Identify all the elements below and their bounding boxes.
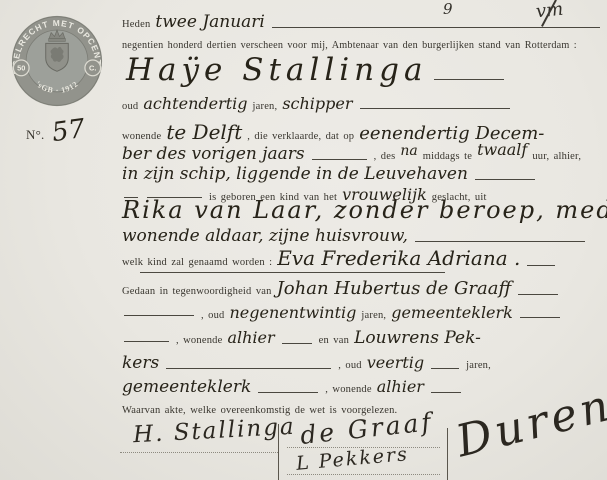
rule-fill [434,78,504,80]
act-line-mother: Rika van Laar, zonder beroep, mede [122,196,602,224]
act-line-age-occupation: oud achtendertig jaren, schipper [122,94,602,113]
label-uur-alhier: uur, alhier, [532,151,581,162]
section-divider-rule [140,272,445,273]
act-line-mother-continued: wonende aldaar, zijne huisvrouw, [122,226,602,246]
revenue-stamp: ZEGELRECHT MET OPCENTEN 'sGB · 1912 50 C… [8,12,106,115]
rule-fill [527,264,555,266]
entry-birth-date-continued: ber des vorigen jaars [122,144,305,164]
rule-fill [431,367,459,369]
act-line-witness1-details: , oud negenentwintig jaren, gemeentekler… [122,303,602,322]
label-year-registrar: negentien honderd dertien verscheen voor… [122,40,577,51]
rule-fill [166,367,331,369]
label-jaren3: jaren, [466,360,491,371]
label-child-name: welk kind zal genaamd worden : [122,257,272,268]
label-wonende: wonende [122,131,161,142]
label-en-van: en van [319,335,349,346]
rule-fill [520,316,560,318]
label-oud2: , oud [201,310,225,321]
act-line-year: negentien honderd dertien verscheen voor… [122,40,602,51]
entry-witness2-occupation: gemeenteklerk [122,377,251,397]
entry-witness1-occupation: gemeenteklerk [391,303,513,322]
birth-certificate-scan: ZEGELRECHT MET OPCENTEN 'sGB · 1912 50 C… [0,0,607,480]
rule-fill [415,240,585,242]
entry-witness1-age: negenentwintig [230,303,357,322]
entry-witness2-age: veertig [367,353,424,372]
signature-dotted-line [287,474,440,475]
entry-witness2-residence: alhier [377,377,424,396]
act-line-birth-place: in zijn schip, liggende in de Leuvehaven [122,164,602,184]
rule-fill [124,340,169,342]
act-number-value: 57 [51,114,88,148]
act-line-child-name: welk kind zal genaamd worden : Eva Frede… [122,246,602,270]
label-wonende3: , wonende [325,384,371,395]
rule-fill [124,314,194,316]
rule-fill [312,158,367,160]
entry-birth-hour: twaalf [477,140,527,159]
entry-witness2-name-continued: kers [122,353,159,373]
signature-declarant: H. Stallinga [132,414,296,448]
act-line-birth-time: ber des vorigen jaars , des na middags t… [122,144,602,164]
signature-column-divider [278,424,279,480]
entry-declarant-occupation: schipper [282,94,352,113]
entry-mother-residence: wonende aldaar, zijne huisvrouw, [122,226,408,246]
entry-mother-name: Rika van Laar, zonder beroep, mede [122,196,607,224]
act-line-witness1: Gedaan in tegenwoordigheid van Johan Hub… [122,278,602,299]
act-line-witness2: , wonende alhier en van Louwrens Pek- [122,328,602,348]
entry-date: twee Januari [155,12,264,32]
entry-witness1-name: Johan Hubertus de Graaff [277,278,512,299]
label-oud: oud [122,101,138,112]
label-middags-te: middags te [423,151,472,162]
rule-fill [475,178,535,180]
label-verklaarde: , die verklaarde, dat op [247,131,354,142]
stamp-value-right: C. [89,64,96,73]
signature-dotted-line [120,452,278,453]
act-line-residence: wonende te Delft , die verklaarde, dat o… [122,120,602,144]
label-heden: Heden [122,19,150,30]
entry-declarant-age: achtendertig [143,94,247,113]
entry-daypart: na [400,143,417,159]
entry-witness2-name: Louwrens Pek- [354,328,481,348]
rule-fill [360,107,510,109]
entry-witness1-residence: alhier [227,328,274,347]
act-number-label: N°. [26,127,44,143]
revenue-stamp-graphic: ZEGELRECHT MET OPCENTEN 'sGB · 1912 50 C… [8,12,106,110]
act-number: N°. 57 [26,116,86,146]
entry-birth-place: in zijn schip, liggende in de Leuvehaven [122,164,468,184]
signature-column-divider [447,428,448,480]
act-line-witness2-residence: gemeenteklerk , wonende alhier [122,377,602,397]
rule-fill [518,293,558,295]
rule-fill [258,391,318,393]
label-jaren: jaren, [253,101,278,112]
label-des: , des [374,151,396,162]
rule-fill [431,391,461,393]
entry-child-name: Eva Frederika Adriana . [277,246,520,270]
entry-declarant-residence: te Delft [166,120,242,144]
label-jaren2: jaren, [361,310,386,321]
label-wonende2: , wonende [176,335,222,346]
entry-declarant-name: Haÿe Stallinga [126,52,427,88]
act-line-declarant: Haÿe Stallinga [122,52,602,88]
act-line-witness2-details: kers , oud veertig jaren, [122,353,602,373]
label-witnesses: Gedaan in tegenwoordigheid van [122,286,272,297]
stamp-value-left: 50 [17,64,25,73]
label-oud3: , oud [338,360,362,371]
rule-fill [272,26,600,28]
act-line-date: Heden twee Januari [122,12,602,32]
rule-fill [282,342,312,344]
